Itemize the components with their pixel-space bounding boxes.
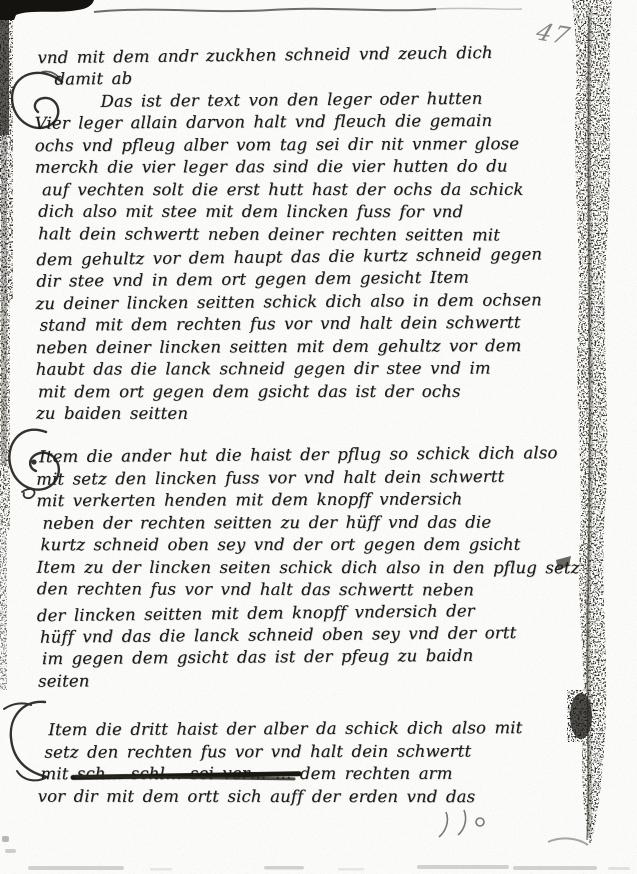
manuscript-line: mit dem ort gegen dem gsicht das ist der…	[38, 380, 601, 403]
manuscript-line: haubt das die lanck schneid gegen dir st…	[36, 357, 601, 381]
manuscript-paragraph: vnd mit dem andr zuckhen schneid vnd zeu…	[34, 43, 601, 427]
scan-bottom-smudges	[28, 865, 630, 871]
manuscript-text-block: vnd mit dem andr zuckhen schneid vnd zeu…	[34, 43, 602, 809]
manuscript-line: setz den rechten fus vor vnd halt dein s…	[44, 740, 602, 764]
manuscript-line: neben der rechten seitten zu der hüff vn…	[42, 511, 601, 535]
manuscript-line: auf vechten solt die erst hutt hast der …	[42, 178, 600, 201]
strikethrough-text: sch… schl… sei ver… …	[77, 763, 292, 786]
manuscript-line: ochs vnd pfleug alber vom tag sei dir ni…	[35, 133, 600, 158]
manuscript-paragraph: Item die dritt haist der alber da schick…	[37, 717, 602, 809]
line-text: dem rechten arm	[291, 764, 452, 783]
scan-edge-left	[0, 0, 16, 853]
manuscript-line: Item zu der lincken seiten schick dich a…	[37, 556, 602, 579]
scan-corner-top-left	[0, 0, 94, 20]
manuscript-paragraph: Item die ander hut die haist der pflug s…	[36, 443, 602, 692]
manuscript-line: Vier leger allain darvon halt vnd fleuch…	[35, 110, 600, 136]
manuscript-line: merckh die vier leger das sind die vier …	[35, 155, 600, 179]
manuscript-line: mit setz den lincken fuss vor vnd halt d…	[36, 465, 601, 491]
manuscript-line: stand mit dem rechten fus vor vnd halt d…	[39, 312, 600, 338]
scan-top-edge-line	[94, 8, 522, 12]
manuscript-line: dich also mit stee mit dem lincken fuss …	[38, 201, 600, 224]
manuscript-line: kurtz schneid oben sey vnd der ort gegen…	[41, 534, 602, 557]
line-text: mit	[41, 764, 77, 783]
manuscript-line: mit verkerten henden mit dem knopff vnde…	[36, 488, 601, 513]
manuscript-line: vor dir mit dem ortt sich auff der erden…	[38, 785, 603, 808]
manuscript-line: seiten	[38, 667, 602, 693]
manuscript-line: mit sch… schl… sei ver… … dem rechten ar…	[41, 763, 603, 786]
manuscript-line: den rechten fus vor vnd halt das schwert…	[37, 578, 602, 602]
manuscript-page-scan: 47 vnd mit dem andr zuckhen schneid vnd …	[0, 0, 637, 874]
manuscript-line: zu baiden seitten	[36, 403, 601, 426]
manuscript-line: Item die dritt haist der alber da schick…	[48, 717, 602, 742]
manuscript-line: neben deiner lincken seitten mit dem geh…	[36, 334, 601, 359]
descender-strokes	[439, 810, 484, 837]
